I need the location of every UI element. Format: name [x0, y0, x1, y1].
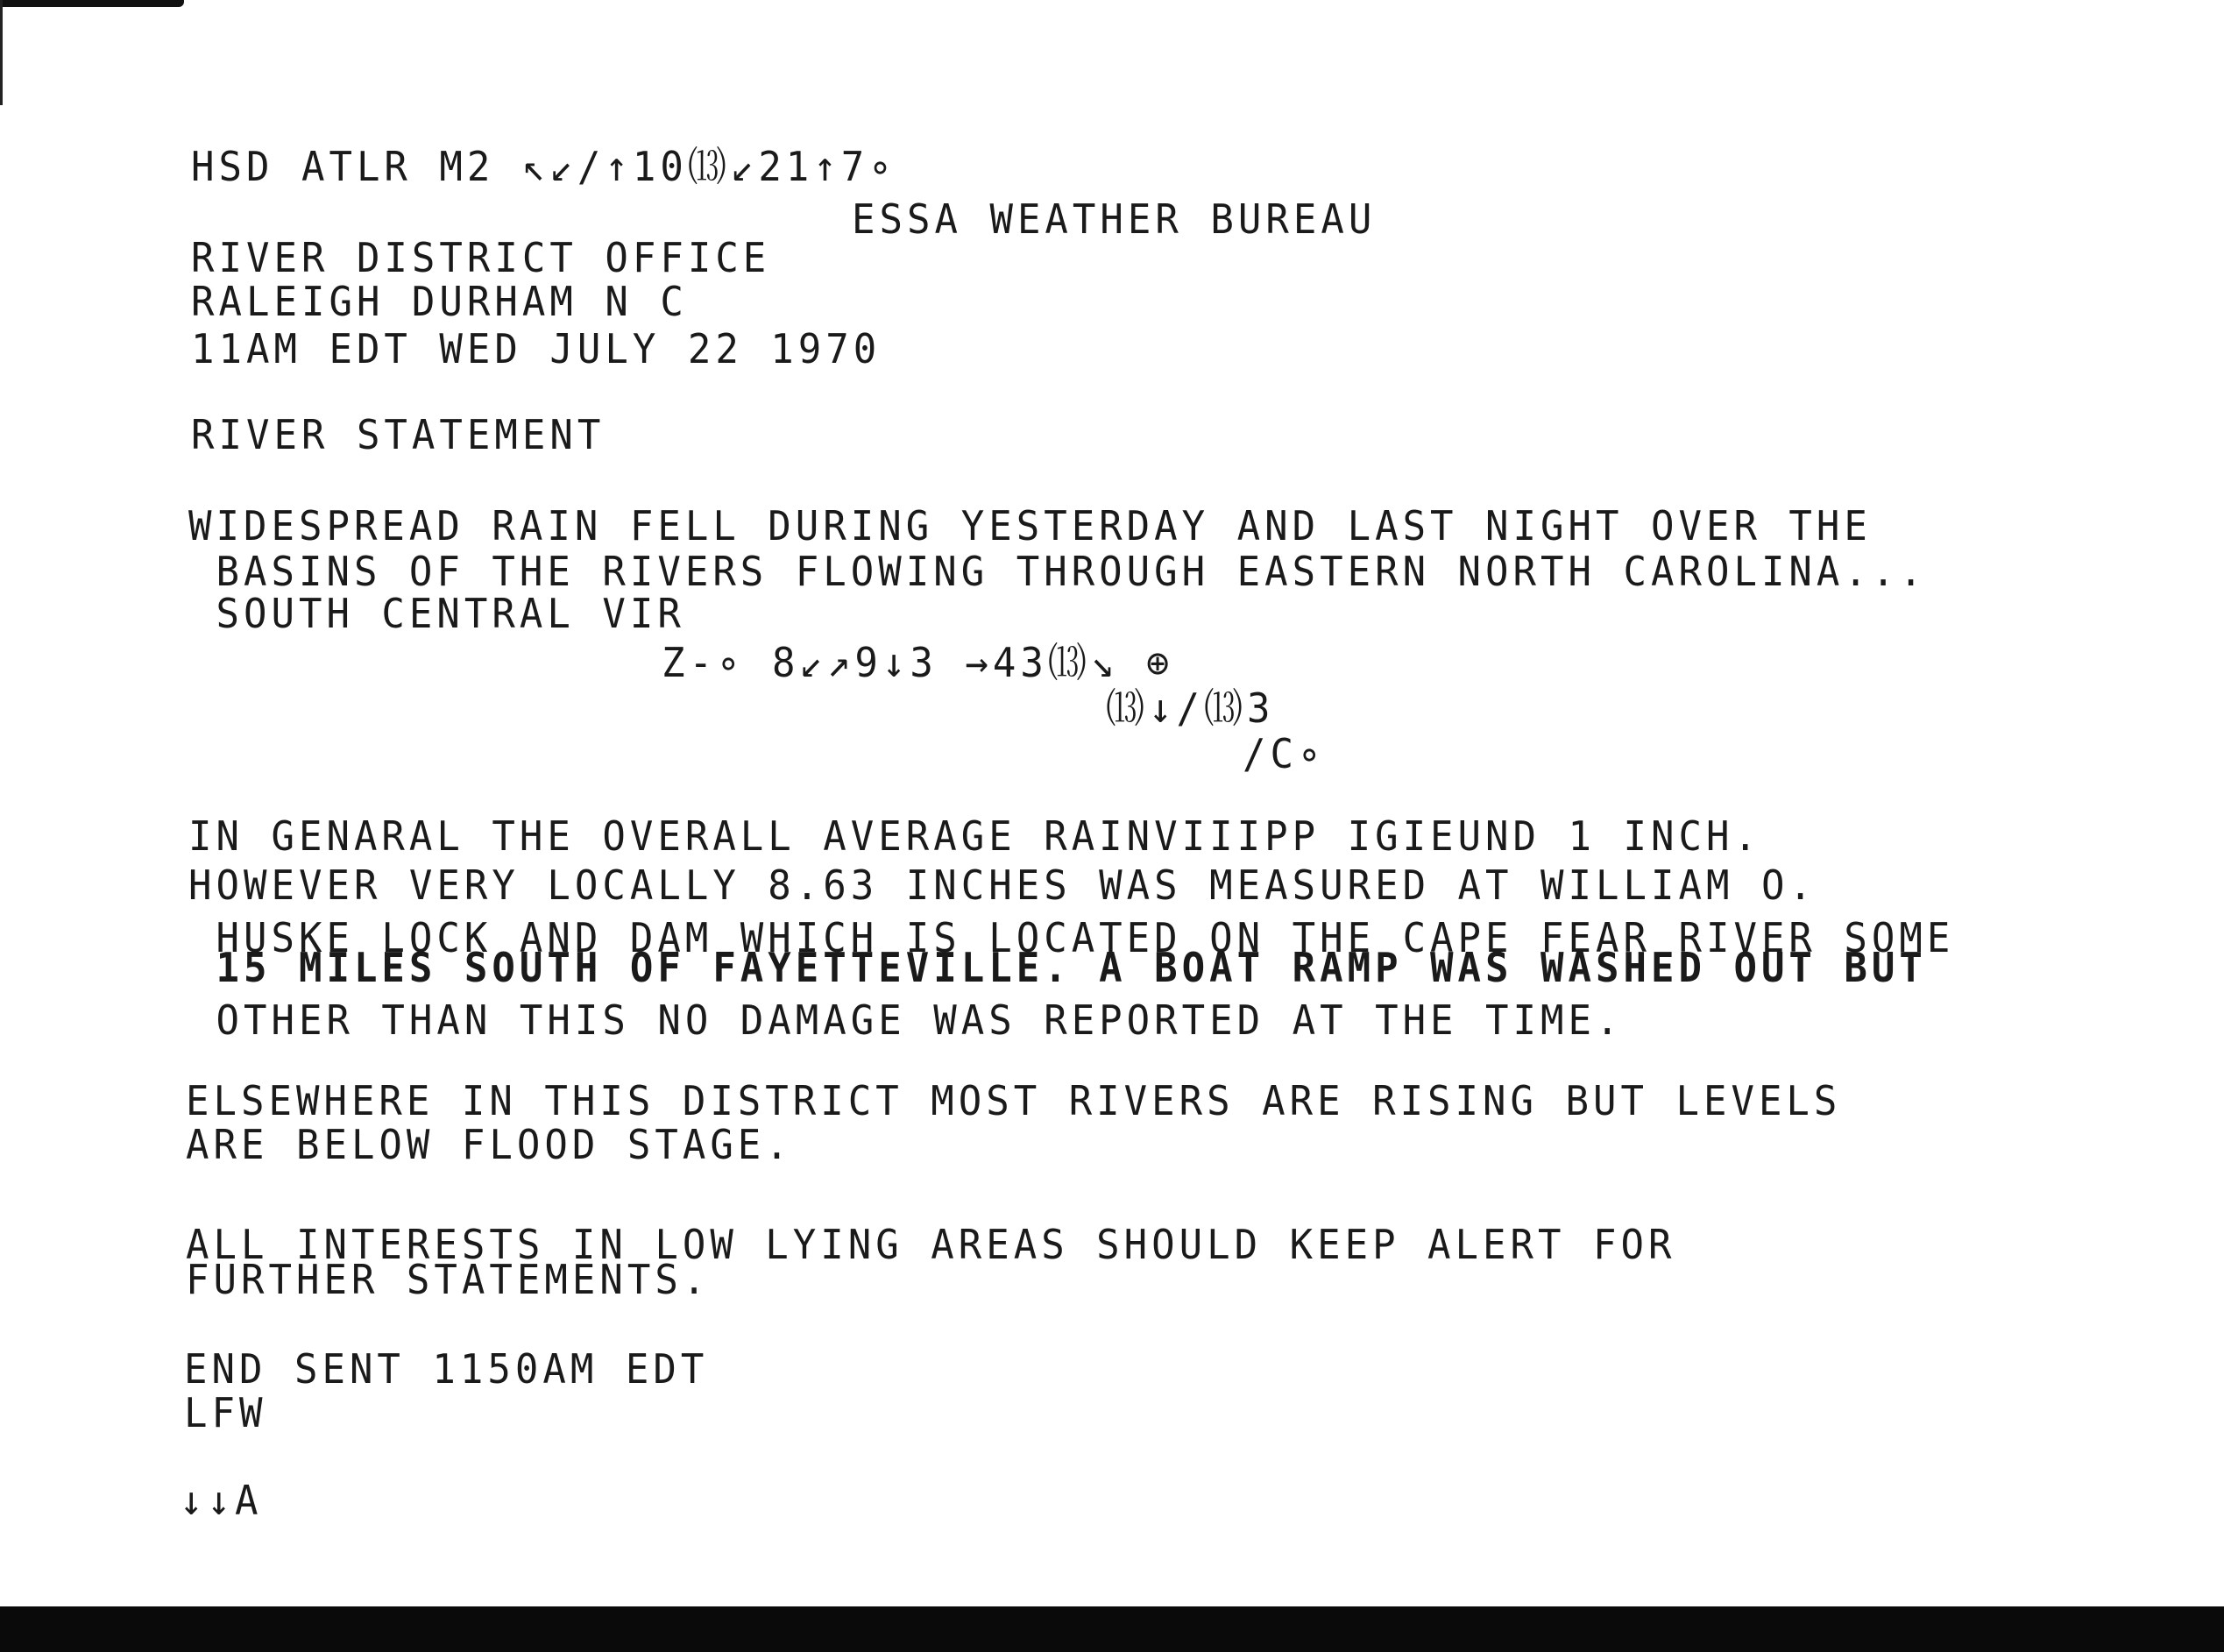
garbled-transmission: /C∘: [1243, 734, 1325, 775]
footer-code: ↓↓A: [180, 1481, 262, 1521]
paragraph-1-line: WIDESPREAD RAIN FELL DURING YESTERDAY AN…: [188, 507, 1872, 547]
paragraph-3-line: ELSEWHERE IN THIS DISTRICT MOST RIVERS A…: [186, 1081, 1841, 1122]
scan-bottom-edge: [0, 1606, 2224, 1652]
paragraph-4-line: FURTHER STATEMENTS.: [186, 1260, 710, 1301]
office-location: RALEIGH DURHAM N C: [191, 282, 688, 323]
paragraph-1-line: SOUTH CENTRAL VIR: [188, 594, 685, 635]
paragraph-2-line: OTHER THAN THIS NO DAMAGE WAS REPORTED A…: [188, 1001, 1624, 1041]
paragraph-1-line: BASINS OF THE RIVERS FLOWING THROUGH EAS…: [188, 552, 1927, 592]
paragraph-2-line: HOWEVER VERY LOCALLY 8.63 INCHES WAS MEA…: [188, 866, 1817, 906]
agency-name: ESSA WEATHER BUREAU: [852, 200, 1376, 240]
garbled-transmission: Z-∘ 8↙↗9↓3 →43⒀↘ ⊕: [662, 643, 1173, 684]
office-name: RIVER DISTRICT OFFICE: [191, 238, 770, 279]
statement-title: RIVER STATEMENT: [191, 415, 605, 456]
header-code: HSD ATLR M2 ↖↙/↑10⒀↙21↑7∘: [191, 147, 896, 188]
operator-initials: LFW: [184, 1393, 266, 1434]
end-sent-line: END SENT 1150AM EDT: [184, 1350, 708, 1390]
scanned-teletype-page: HSD ATLR M2 ↖↙/↑10⒀↙21↑7∘ ESSA WEATHER B…: [0, 0, 2224, 1652]
paragraph-3-line: ARE BELOW FLOOD STAGE.: [186, 1125, 793, 1166]
scan-edge-mark: [0, 0, 3, 105]
paragraph-2-line: IN GENARAL THE OVERALL AVERAGE RAINVIIIP…: [188, 817, 1761, 857]
issue-datetime: 11AM EDT WED JULY 22 1970: [191, 330, 881, 370]
scan-corner-mark: [0, 0, 184, 7]
paragraph-2-line: 15 MILES SOUTH OF FAYETTEVILLE. A BOAT R…: [188, 948, 1927, 989]
garbled-transmission: ⒀↓/⒀3: [1106, 689, 1274, 729]
